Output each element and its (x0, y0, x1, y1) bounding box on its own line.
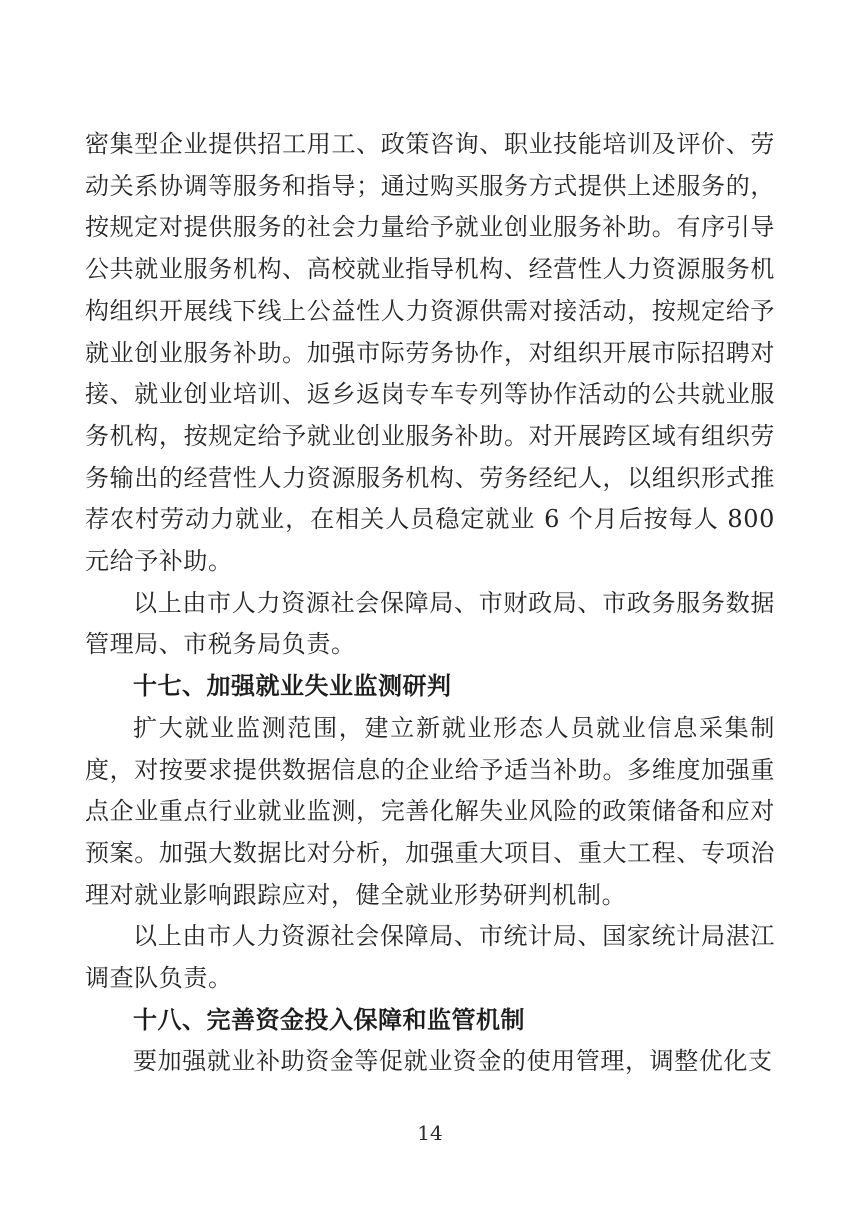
paragraph-continuation: 密集型企业提供招工用工、政策咨询、职业技能培训及评价、劳动关系协调等服务和指导；… (85, 124, 775, 583)
paragraph-section-18-body: 要加强就业补助资金等促就业资金的使用管理，调整优化支 (85, 1041, 775, 1083)
section-heading-17: 十七、加强就业失业监测研判 (85, 666, 775, 708)
page-number: 14 (0, 1120, 860, 1146)
section-heading-18: 十八、完善资金投入保障和监管机制 (85, 1000, 775, 1042)
paragraph-responsible-units-2: 以上由市人力资源社会保障局、市统计局、国家统计局湛江调查队负责。 (85, 916, 775, 999)
paragraph-responsible-units-1: 以上由市人力资源社会保障局、市财政局、市政务服务数据管理局、市税务局负责。 (85, 583, 775, 666)
document-body: 密集型企业提供招工用工、政策咨询、职业技能培训及评价、劳动关系协调等服务和指导；… (85, 124, 775, 1083)
document-page: 密集型企业提供招工用工、政策咨询、职业技能培训及评价、劳动关系协调等服务和指导；… (0, 0, 860, 1217)
paragraph-section-17-body: 扩大就业监测范围，建立新就业形态人员就业信息采集制度，对按要求提供数据信息的企业… (85, 708, 775, 917)
